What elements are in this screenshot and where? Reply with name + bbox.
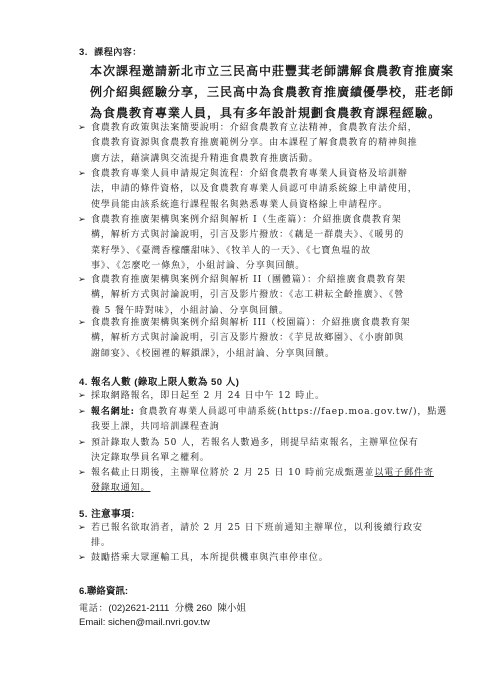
section-3-heading: 3. 課程內容： — [79, 45, 142, 58]
bullet-line: 謝師宴》、《校園裡的解鎖課》，小組討論、分享與回饋。 — [91, 347, 428, 362]
section-6-heading: 6.聯絡資訊: — [79, 583, 128, 597]
bullet-line: 構，解析方式與討論說明，引言及影片撥放：《藕是一群農夫》、《暖男的 — [91, 228, 428, 243]
contact-phone: 電話：(02)2621-2111 分機 260 陳小姐 — [79, 600, 246, 614]
course-item-case-campus: ➢ 食農教育推廣架構與案例介紹與解析 III（校園篇）：介紹推廣食農教育架 構，… — [78, 316, 428, 362]
contact-email[interactable]: Email: sichen@mail.nvri.gov.tw — [79, 617, 210, 628]
notice-text: 報名截止日期後，主辦單位將於 2 月 25 日 10 時前完成甄選並 — [91, 468, 374, 478]
arrow-bullet-icon: ➢ — [78, 213, 86, 228]
registration-url-label: 報名網址: — [91, 407, 135, 417]
course-intro-paragraph: 本次課程邀請新北市立三民高中莊豐萁老師講解食農教育推廣案 例介紹與經驗分享，三民… — [90, 61, 420, 124]
section-4-title: 報名人數 (錄取上限人數為 50 人) — [91, 377, 239, 388]
bullet-line: 排。 — [91, 536, 428, 551]
document-page: 3. 課程內容： 本次課程邀請新北市立三民高中莊豐萁老師講解食農教育推廣案 例介… — [0, 0, 495, 700]
bullet-line: 食農教育專業人員申請規定與流程：介紹食農教育專業人員資格及培訓辦 — [91, 167, 428, 182]
bullet-line: 食農教育推廣架構與案例介紹與解析 III（校園篇）：介紹推廣食農教育架 — [91, 316, 428, 331]
course-item-policy: ➢ 食農教育政策與法案簡要說明：介紹食農教育立法精神，食農教育法介紹， 食農教育… — [78, 121, 428, 167]
arrow-bullet-icon: ➢ — [78, 273, 86, 288]
notice-underlined-text: 以電子郵件寄 — [374, 468, 433, 478]
section-5-number: 5. — [79, 509, 88, 520]
arrow-bullet-icon: ➢ — [78, 521, 86, 536]
bullet-line: 構，解析方式與討論說明，引言及影片撥放：《志工耕耘全齡推廣》、《營 — [91, 288, 428, 303]
bullet-line: 廣方法，藉演講與交流提升精進食農教育推廣活動。 — [91, 152, 428, 167]
bullet-line: 我要上課，共同培訓課程查詢 — [91, 420, 428, 435]
registration-method: ➢ 採取網路報名，即日起至 2 月 24 日中午 12 時止。 — [78, 389, 428, 404]
arrow-bullet-icon: ➢ — [78, 436, 86, 451]
arrow-bullet-icon: ➢ — [78, 405, 86, 420]
arrow-bullet-icon: ➢ — [78, 389, 86, 404]
phone-number: (02)2621-2111 分機 260 陳小姐 — [108, 603, 245, 614]
bullet-line: 預計錄取人數為 50 人，若報名人數過多，則提早結束報名，主辦單位保有 — [91, 436, 428, 451]
bullet-line: 菜籽學》、《臺灣香檬釀甜味》、《牧羊人的一天》、《七寶魚塭的故 — [91, 244, 428, 259]
section-3-number: 3. — [79, 47, 88, 58]
bullet-line: 食農教育資源與食農教育推廣範例分享。由本課程了解食農教育的精神與推 — [91, 136, 428, 151]
bullet-line: 鼓勵搭乘大眾運輸工具，本所提供機車與汽車停車位。 — [91, 551, 428, 566]
cancellation-note: ➢ 若已報名欲取消者，請於 2 月 25 日下班前通知主辦單位，以利後續行政安 … — [78, 521, 428, 552]
admission-notice: ➢ 報名截止日期後，主辦單位將於 2 月 25 日 10 時前完成甄選並以電子郵… — [78, 466, 428, 497]
section-5-title: 注意事項: — [91, 509, 135, 520]
section-3-title: 課程內容： — [94, 48, 142, 58]
arrow-bullet-icon: ➢ — [78, 466, 86, 481]
bullet-line: 構，解析方式與討論說明，引言及影片撥放：《芋見故鄉園》、《小廚師與 — [91, 331, 428, 346]
course-item-application: ➢ 食農教育專業人員申請規定與流程：介紹食農教育專業人員資格及培訓辦 法，申請的… — [78, 167, 428, 213]
bullet-line: 採取網路報名，即日起至 2 月 24 日中午 12 時止。 — [91, 389, 428, 404]
admission-quota: ➢ 預計錄取人數為 50 人，若報名人數過多，則提早結束報名，主辦單位保有 決定… — [78, 436, 428, 467]
transport-note: ➢ 鼓勵搭乘大眾運輸工具，本所提供機車與汽車停車位。 — [78, 551, 428, 566]
phone-label: 電話： — [79, 604, 108, 614]
bullet-line: 食農教育政策與法案簡要說明：介紹食農教育立法精神，食農教育法介紹， — [91, 121, 428, 136]
course-item-case-production: ➢ 食農教育推廣架構與案例介紹與解析 I（生產篇）：介紹推廣食農教育架 構，解析… — [78, 213, 428, 274]
arrow-bullet-icon: ➢ — [78, 551, 86, 566]
notice-underlined-text: 發錄取通知。 — [91, 483, 150, 493]
bullet-line: 若已報名欲取消者，請於 2 月 25 日下班前通知主辦單位，以利後續行政安 — [91, 521, 428, 536]
course-item-case-group: ➢ 食農教育推廣架構與案例介紹與解析 II（團體篇）：介紹推廣食農教育架 構，解… — [78, 273, 428, 319]
section-4-number: 4. — [79, 377, 88, 388]
arrow-bullet-icon: ➢ — [78, 121, 86, 136]
bullet-line: 法，申請的條件資格，以及食農教育專業人員認可申請系統線上申請使用， — [91, 182, 428, 197]
intro-line: 本次課程邀請新北市立三民高中莊豐萁老師講解食農教育推廣案 — [90, 61, 420, 82]
bullet-line: 決定錄取學員名單之權利。 — [91, 451, 428, 466]
bullet-line: 使學員能由該系統進行課程報名與熟悉專業人員資格線上申請程序。 — [91, 198, 428, 213]
registration-url: ➢ 報名網址: 食農教育專業人員認可申請系統(https://faep.moa.… — [78, 405, 428, 436]
arrow-bullet-icon: ➢ — [78, 167, 86, 182]
section-5-heading: 5. 注意事項: — [79, 506, 135, 520]
bullet-line: 食農教育推廣架構與案例介紹與解析 II（團體篇）：介紹推廣食農教育架 — [91, 273, 428, 288]
section-4-heading: 4. 報名人數 (錄取上限人數為 50 人) — [79, 374, 239, 388]
intro-line: 例介紹與經驗分享，三民高中為食農教育推廣績優學校，莊老師 — [90, 82, 420, 103]
registration-url-text[interactable]: 食農教育專業人員認可申請系統(https://faep.moa.gov.tw/)… — [135, 407, 447, 417]
bullet-line: 食農教育推廣架構與案例介紹與解析 I（生產篇）：介紹推廣食農教育架 — [91, 213, 428, 228]
arrow-bullet-icon: ➢ — [78, 316, 86, 331]
bullet-line: 事》、《怎麼吃一條魚》，小組討論、分享與回饋。 — [91, 259, 428, 274]
